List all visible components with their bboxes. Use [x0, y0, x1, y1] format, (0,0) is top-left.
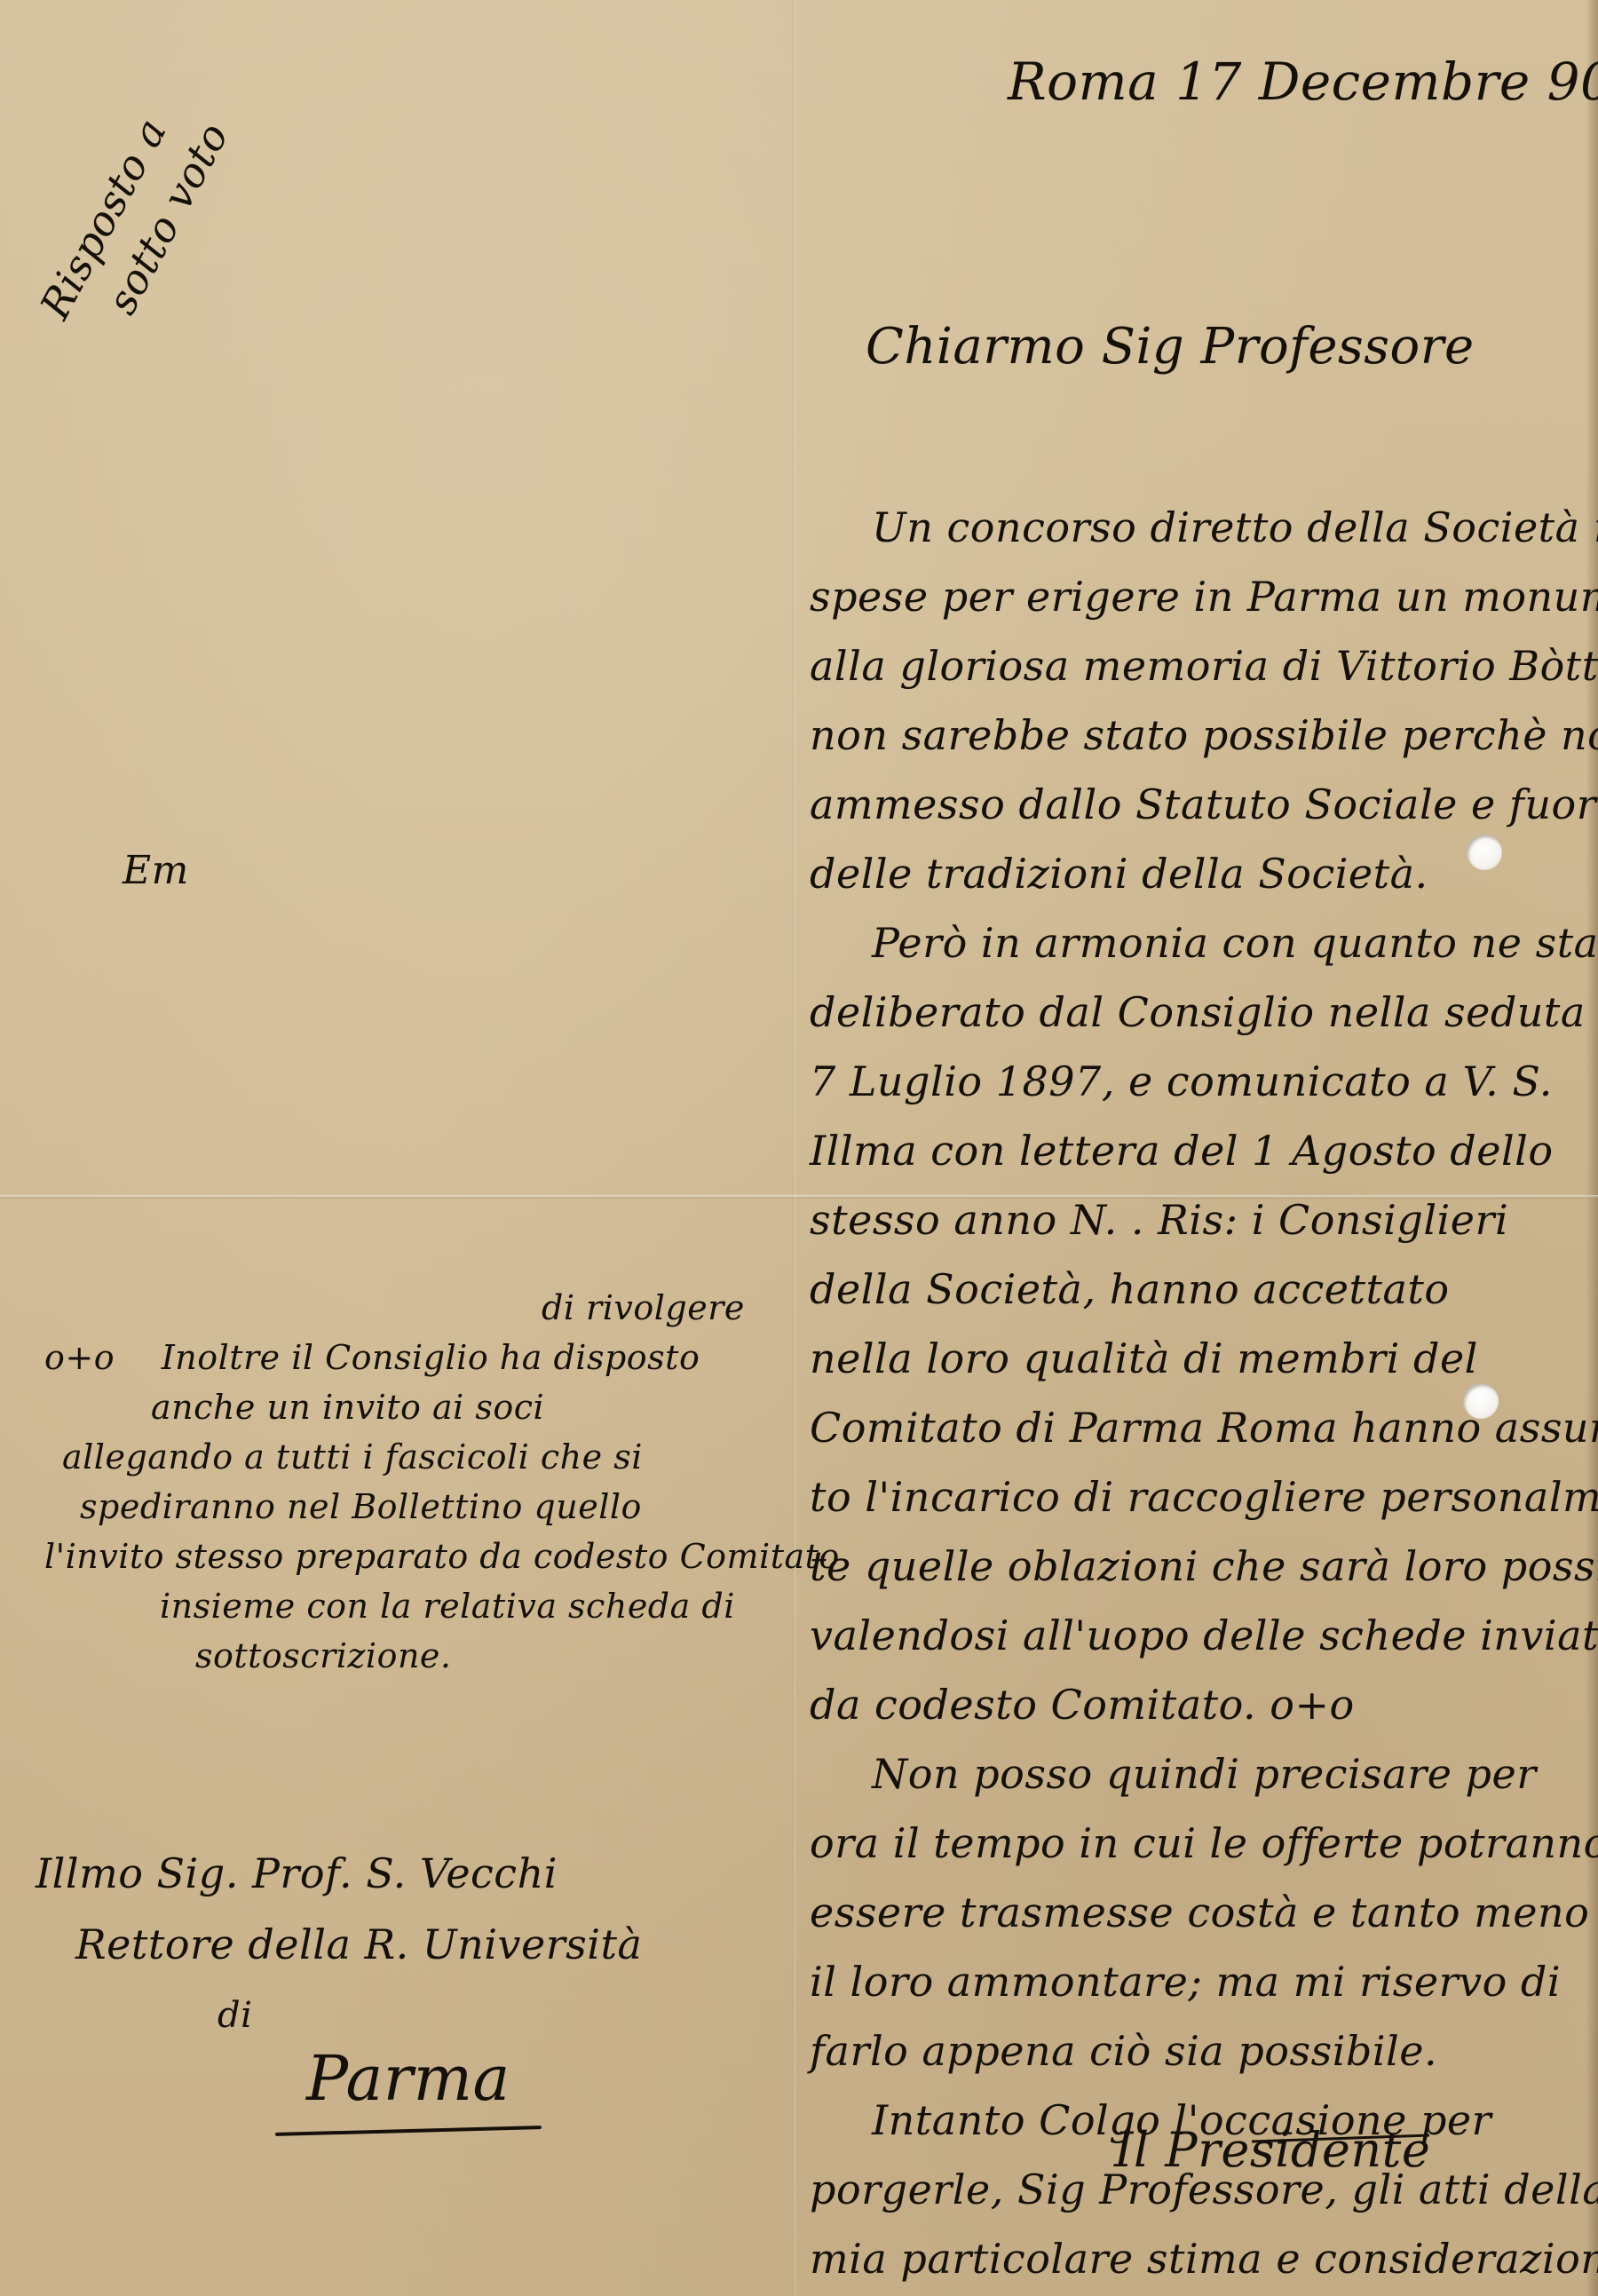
body-line: nella loro qualità di membri del: [810, 1324, 1598, 1393]
body-line: spese per erigere in Parma un monumento: [810, 562, 1598, 631]
city-underline: [275, 2126, 542, 2136]
signature: Il Presidente: [1114, 2122, 1430, 2178]
body-line: Però in armonia con quanto ne stato: [810, 908, 1598, 978]
body-line: delle tradizioni della Società.: [810, 839, 1598, 908]
body-line: essere trasmesse costà e tanto meno: [810, 1878, 1598, 1947]
insert-line: allegando a tutti i fascicoli che si: [44, 1432, 840, 1482]
margin-note: Risposto a sotto voto: [27, 86, 241, 355]
body-line: alla gloriosa memoria di Vittorio Bòtteg…: [810, 631, 1598, 701]
body-line: da codesto Comitato. o+o: [810, 1670, 1598, 1739]
body-line: ammesso dallo Statuto Sociale e fuori: [810, 770, 1598, 839]
salutation: Chiarmo Sig Professore: [866, 318, 1475, 376]
left-insert-note: di rivolgere o+o Inoltre il Consiglio ha…: [44, 1283, 840, 1681]
insert-line: sottoscrizione.: [44, 1631, 840, 1681]
addressee-city: Parma: [306, 2042, 510, 2115]
body-line: il loro ammontare; ma mi riservo di: [810, 1947, 1598, 2016]
body-line: valendosi all'uopo delle schede inviatec…: [810, 1601, 1598, 1670]
body-line: 7 Luglio 1897, e comunicato a V. S.: [810, 1047, 1598, 1116]
insert-line: Inoltre il Consiglio ha disposto: [126, 1338, 700, 1377]
body-line: te quelle oblazioni che sarà loro possib…: [810, 1532, 1598, 1601]
addressee-preposition: di: [36, 1980, 642, 2051]
body-line: Illma con lettera del 1 Agosto dello: [810, 1116, 1598, 1185]
body-line: deliberato dal Consiglio nella seduta de…: [810, 978, 1598, 1047]
body-line: Non posso quindi precisare per: [810, 1739, 1598, 1809]
insert-line: anche un invito ai soci: [44, 1382, 840, 1432]
body-line: ora il tempo in cui le offerte potranno: [810, 1809, 1598, 1878]
vertical-fold-line: [793, 0, 795, 2296]
insert-line: spediranno nel Bollettino quello: [44, 1482, 840, 1532]
body-line: non sarebbe stato possibile perchè non: [810, 701, 1598, 770]
letter-page: Roma 17 Decembre 900 Risposto a sotto vo…: [0, 0, 1598, 2296]
addressee-block: Illmo Sig. Prof. S. Vecchi Rettore della…: [36, 1838, 642, 2051]
body-line: farlo appena ciò sia possibile.: [810, 2016, 1598, 2086]
body-line: Un concorso diretto della Società nelle: [810, 493, 1598, 562]
body-line: stesso anno N. . Ris: i Consiglieri: [810, 1185, 1598, 1255]
body-line: della Società, hanno accettato: [810, 1255, 1598, 1324]
body-line: mia particolare stima e considerazione.: [810, 2224, 1598, 2293]
insert-line: l'invito stesso preparato da codesto Com…: [44, 1532, 840, 1581]
addressee-name: Illmo Sig. Prof. S. Vecchi: [36, 1838, 642, 1909]
insert-marker: o+o: [44, 1338, 115, 1377]
letter-body: Un concorso diretto della Società nelle …: [810, 493, 1598, 2293]
place-date: Roma 17 Decembre 900: [1008, 51, 1598, 112]
insert-line: insieme con la relativa scheda di: [44, 1581, 840, 1631]
margin-mark: Em: [123, 848, 189, 893]
body-line: Comitato di Parma Roma hanno assun-: [810, 1393, 1598, 1462]
addressee-title: Rettore della R. Università: [36, 1909, 642, 1980]
insert-above-note: di rivolgere: [44, 1283, 840, 1333]
body-line: to l'incarico di raccogliere personalmen…: [810, 1462, 1598, 1532]
